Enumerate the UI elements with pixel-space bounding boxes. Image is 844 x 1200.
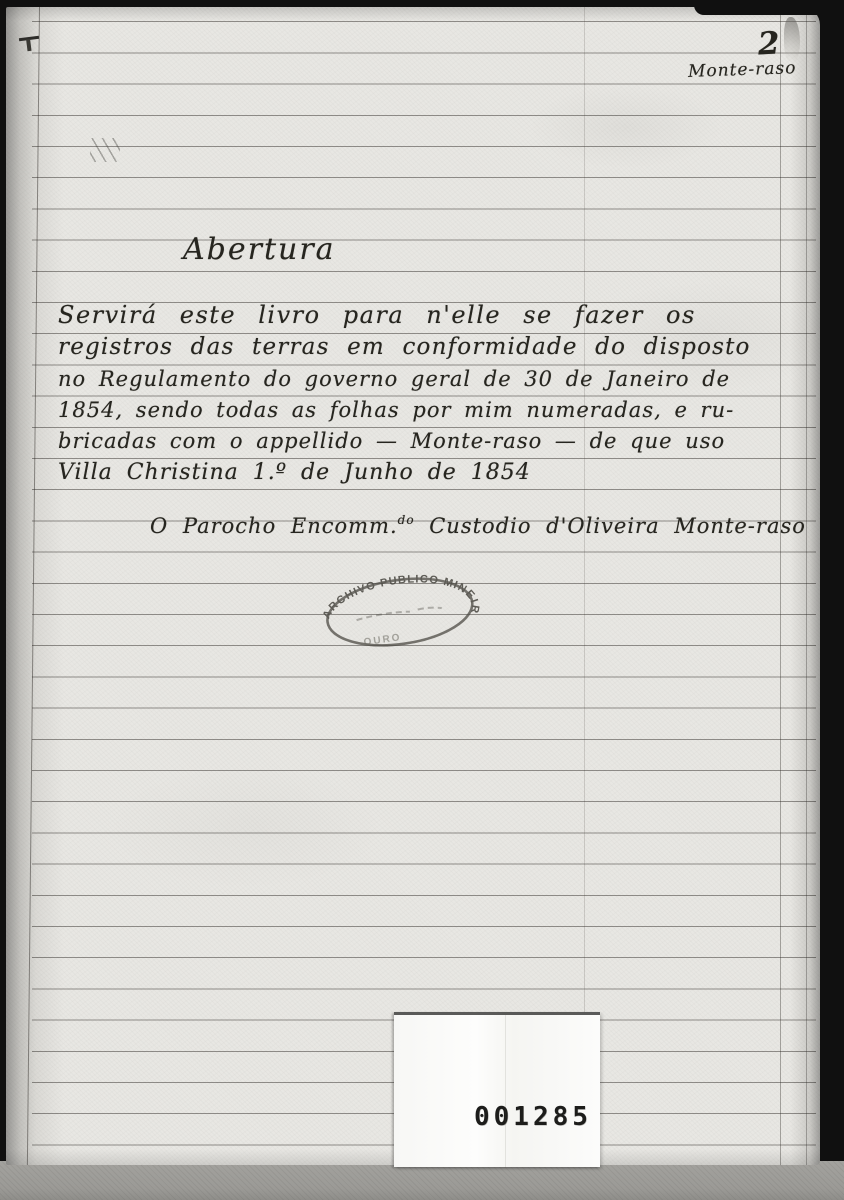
signature-superscript: do bbox=[398, 513, 415, 527]
page-number: 2 bbox=[757, 25, 780, 62]
page-title: Abertura bbox=[183, 232, 336, 267]
stamp-smudge-lines bbox=[356, 606, 441, 620]
right-margin-line-inner bbox=[780, 7, 781, 1165]
body-line: 1854, sendo todas as folhas por mim nume… bbox=[58, 398, 803, 422]
signature-line: O Parocho Encomm.do Custodio d'Oliveira … bbox=[150, 513, 806, 538]
header-rubric: Monte-raso bbox=[688, 58, 797, 82]
top-right-scan-shadow bbox=[694, 0, 844, 15]
inventory-label: 001285 bbox=[394, 1012, 600, 1167]
corner-smudge bbox=[784, 17, 800, 63]
body-line: bricadas com o appellido — Monte-raso — … bbox=[58, 429, 803, 453]
body-line: no Regulamento do governo geral de 30 de… bbox=[58, 367, 803, 391]
pencil-scribble bbox=[90, 138, 120, 162]
inventory-number: 001285 bbox=[474, 1102, 592, 1132]
signature-rest: Custodio d'Oliveira Monte-raso bbox=[415, 514, 806, 538]
body-line: registros das terras em conformidade do … bbox=[58, 334, 803, 360]
signature-prefix: O Parocho Encomm. bbox=[150, 514, 398, 538]
scanned-manuscript-page: 2 Monte-raso Abertura Servirá este livro… bbox=[0, 0, 844, 1200]
center-fold-crease bbox=[584, 7, 585, 1165]
right-margin-line-outer bbox=[806, 7, 807, 1165]
body-line: Servirá este livro para n'elle se fazer … bbox=[58, 301, 803, 329]
body-line: Villa Christina 1.º de Junho de 1854 bbox=[58, 460, 803, 485]
